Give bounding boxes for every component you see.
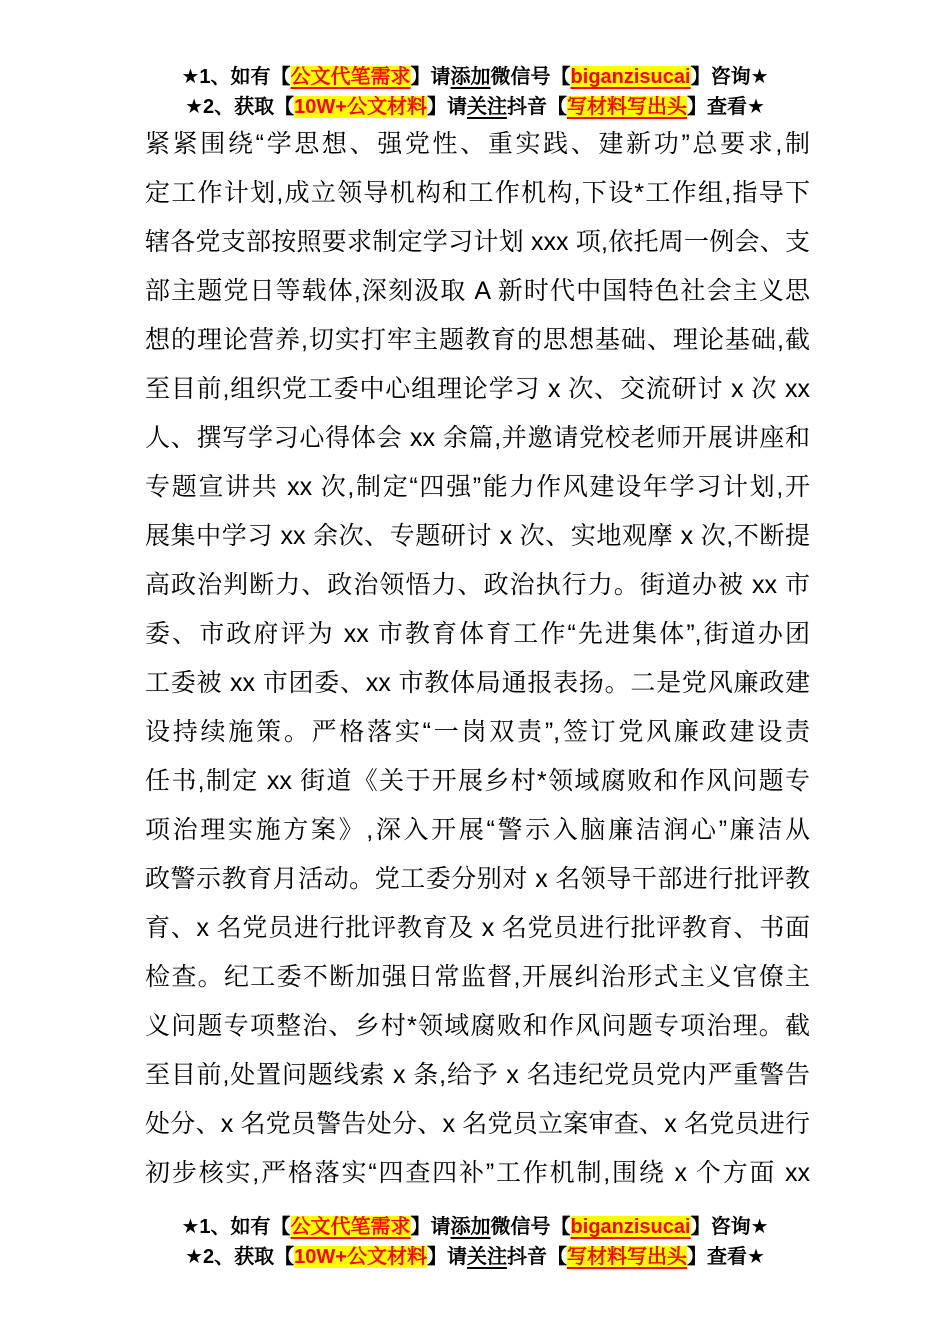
notice-plain-text: 】请 xyxy=(427,1246,467,1268)
notice-highlight-materials: 10W+公文材料 xyxy=(294,1246,427,1268)
notice-highlight-douyin-id: 写材料写出头 xyxy=(567,96,687,118)
notice-plain-text: 】请 xyxy=(427,96,467,118)
notice-plain-text: 】请 xyxy=(411,66,451,88)
body-line-4: 部主题党日等载体,深刻汲取 A 新时代中国特色社会主义思 xyxy=(145,267,810,316)
body-line-1: 紧紧围绕“学思想、强党性、重实践、建新功”总要求,制 xyxy=(145,120,810,169)
body-line-20: 至目前,处置问题线索 x 条,给予 x 名违纪党员党内严重警告 xyxy=(145,1051,810,1100)
notice-underline-follow: 关注 xyxy=(467,96,507,118)
notice-plain-text: 】查看★ xyxy=(687,96,765,118)
notice-plain-text: 】咨询★ xyxy=(691,1216,769,1238)
notice-line-1: ★1、如有【公文代笔需求】请添加微信号【biganzisucai】咨询★ xyxy=(0,62,950,92)
body-line-19: 义问题专项整治、乡村*领域腐败和作风问题专项治理。截 xyxy=(145,1002,810,1051)
notice-plain-text: 抖音【 xyxy=(507,96,567,118)
notice-star-prefix: ★2、获取【 xyxy=(185,1246,294,1268)
body-line-10: 高政治判断力、政治领悟力、政治执行力。街道办被 xx 市 xyxy=(145,561,810,610)
body-line-8: 专题宣讲共 xx 次,制定“四强”能力作风建设年学习计划,开 xyxy=(145,463,810,512)
notice-highlight-douyin-id: 写材料写出头 xyxy=(567,1246,687,1268)
body-line-9: 展集中学习 xx 余次、专题研讨 x 次、实地观摩 x 次,不断提 xyxy=(145,512,810,561)
body-line-16: 政警示教育月活动。党工委分别对 x 名领导干部进行批评教 xyxy=(145,855,810,904)
body-line-3: 辖各党支部按照要求制定学习计划 xxx 项,依托周一例会、支 xyxy=(145,218,810,267)
body-line-22: 初步核实,严格落实“四查四补”工作机制,围绕 x 个方面 xx xyxy=(145,1149,810,1198)
body-line-12: 工委被 xx 市团委、xx 市教体局通报表扬。二是党风廉政建 xyxy=(145,659,810,708)
notice-plain-text: 抖音【 xyxy=(507,1246,567,1268)
body-line-14: 任书,制定 xx 街道《关于开展乡村*领域腐败和作风问题专 xyxy=(145,757,810,806)
notice-line-2: ★2、获取【10W+公文材料】请关注抖音【写材料写出头】查看★ xyxy=(0,92,950,122)
body-line-6: 至目前,组织党工委中心组理论学习 x 次、交流研讨 x 次 xx xyxy=(145,365,810,414)
notice-highlight-wechat-id: biganzisucai xyxy=(571,66,691,88)
notice-plain-text: 】请 xyxy=(411,1216,451,1238)
notice-highlight-materials: 10W+公文材料 xyxy=(294,96,427,118)
notice-highlight-wechat-id: biganzisucai xyxy=(571,1216,691,1238)
body-line-2: 定工作计划,成立领导机构和工作机构,下设*工作组,指导下 xyxy=(145,169,810,218)
document-page: ★1、如有【公文代笔需求】请添加微信号【biganzisucai】咨询★★2、获… xyxy=(0,0,950,1344)
notice-star-prefix: ★2、获取【 xyxy=(185,96,294,118)
notice-underline-add: 添加 xyxy=(451,66,491,88)
notice-plain-text: 】查看★ xyxy=(687,1246,765,1268)
body-line-11: 委、市政府评为 xx 市教育体育工作“先进集体”,街道办团 xyxy=(145,610,810,659)
body-line-21: 处分、x 名党员警告处分、x 名党员立案审查、x 名党员进行 xyxy=(145,1100,810,1149)
body-line-7: 人、撰写学习心得体会 xx 余篇,并邀请党校老师开展讲座和 xyxy=(145,414,810,463)
document-body: 紧紧围绕“学思想、强党性、重实践、建新功”总要求,制定工作计划,成立领导机构和工… xyxy=(145,120,810,1198)
notice-line-1: ★1、如有【公文代笔需求】请添加微信号【biganzisucai】咨询★ xyxy=(0,1212,950,1242)
footer-notice: ★1、如有【公文代笔需求】请添加微信号【biganzisucai】咨询★★2、获… xyxy=(0,1212,950,1272)
body-line-18: 检查。纪工委不断加强日常监督,开展纠治形式主义官僚主 xyxy=(145,953,810,1002)
notice-highlight-service: 公文代笔需求 xyxy=(291,1216,411,1238)
notice-plain-text: 】咨询★ xyxy=(691,66,769,88)
body-line-15: 项治理实施方案》,深入开展“警示入脑廉洁润心”廉洁从 xyxy=(145,806,810,855)
notice-underline-follow: 关注 xyxy=(467,1246,507,1268)
notice-underline-add: 添加 xyxy=(451,1216,491,1238)
notice-plain-text: 微信号【 xyxy=(491,1216,571,1238)
notice-highlight-service: 公文代笔需求 xyxy=(291,66,411,88)
notice-star-prefix: ★1、如有【 xyxy=(181,66,290,88)
notice-star-prefix: ★1、如有【 xyxy=(181,1216,290,1238)
body-line-13: 设持续施策。严格落实“一岗双责”,签订党风廉政建设责 xyxy=(145,708,810,757)
header-notice: ★1、如有【公文代笔需求】请添加微信号【biganzisucai】咨询★★2、获… xyxy=(0,62,950,122)
notice-line-2: ★2、获取【10W+公文材料】请关注抖音【写材料写出头】查看★ xyxy=(0,1242,950,1272)
notice-plain-text: 微信号【 xyxy=(491,66,571,88)
body-line-17: 育、x 名党员进行批评教育及 x 名党员进行批评教育、书面 xyxy=(145,904,810,953)
body-line-5: 想的理论营养,切实打牢主题教育的思想基础、理论基础,截 xyxy=(145,316,810,365)
